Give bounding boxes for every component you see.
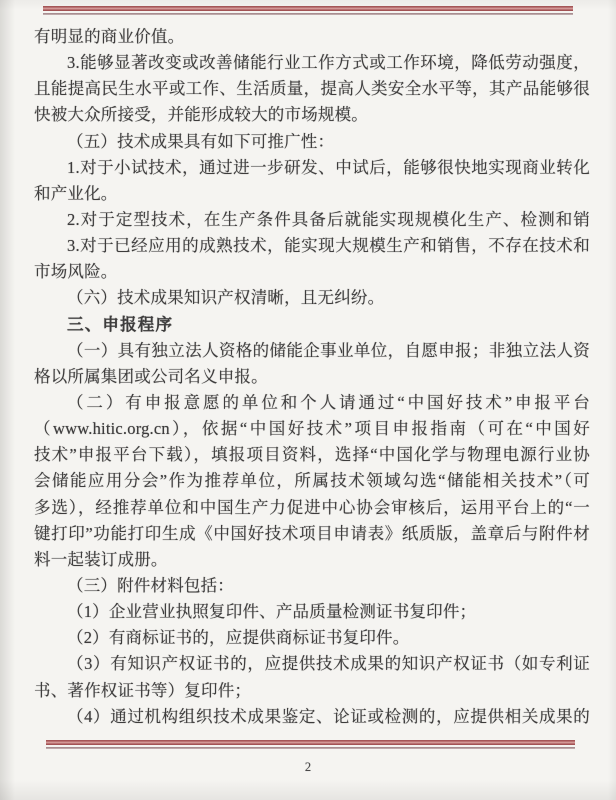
text-line: （三）附件材料包括： (34, 573, 590, 599)
text-line: 且能提高民生水平或工作、生活质量，提高人类安全水平等，其产品能够很 (34, 76, 590, 102)
text-line: 有明显的商业价值。 (34, 24, 590, 50)
header-rule (43, 6, 573, 15)
text-line: 2.对于定型技术，在生产条件具备后就能实现规模化生产、检测和销售。 (34, 207, 590, 233)
footer-rule-thick-line (46, 740, 575, 745)
text-line: 市场风险。 (34, 259, 590, 285)
text-line: 多选），经推荐单位和中国生产力促进中心协会审核后，运用平台上的“一 (34, 495, 590, 521)
text-line: （五）技术成果具有如下可推广性： (34, 129, 590, 155)
text-line: 1.对于小试技术，通过进一步研发、中试后，能够很快地实现商业转化 (34, 155, 590, 181)
text-line: 会储能应用分会”作为推荐单位，所属技术领域勾选“储能相关技术”（可 (34, 468, 590, 494)
text-line: 和产业化。 (34, 181, 590, 207)
text-line: 快被大众所接受，并能形成较大的市场规模。 (34, 102, 590, 128)
text-line: （二）有申报意愿的单位和个人请通过“中国好技术”申报平台 (34, 390, 590, 416)
scanned-document-page: 有明显的商业价值。 3.能够显著改变或改善储能行业工作方式或工作环境，降低劳动强… (0, 0, 616, 800)
header-rule-thick-line (43, 6, 573, 11)
text-line: 料一起装订成册。 (34, 547, 590, 573)
text-line: （一）具有独立法人资格的储能企事业单位，自愿申报；非独立法人资 (34, 338, 590, 364)
footer-rule-thin-line (46, 747, 575, 749)
text-line: 3.能够显著改变或改善储能行业工作方式或工作环境，降低劳动强度， (34, 50, 590, 76)
text-line: （3）有知识产权证书的，应提供技术成果的知识产权证书（如专利证 (34, 651, 590, 677)
text-line: （1）企业营业执照复印件、产品质量检测证书复印件； (34, 599, 590, 625)
text-line: 键打印”功能打印生成《中国好技术项目申请表》纸质版，盖章后与附件材 (34, 521, 590, 547)
header-rule-thin-line (43, 13, 573, 15)
text-line: （www.hitic.org.cn），依据“中国好技术”项目申报指南（可在“中国… (34, 416, 590, 442)
footer-rule (46, 740, 575, 749)
text-line: 3.对于已经应用的成熟技术，能实现大规模生产和销售，不存在技术和 (34, 233, 590, 259)
text-line: 格以所属集团或公司名义申报。 (34, 364, 590, 390)
text-line: （4）通过机构组织技术成果鉴定、论证或检测的，应提供相关成果的 (34, 704, 590, 730)
document-body: 有明显的商业价值。 3.能够显著改变或改善储能行业工作方式或工作环境，降低劳动强… (34, 24, 590, 730)
text-line: 书、著作权证书等）复印件； (34, 678, 590, 704)
section-heading: 三、申报程序 (34, 312, 590, 338)
text-line: （2）有商标证书的，应提供商标证书复印件。 (34, 625, 590, 651)
page-number: 2 (0, 760, 616, 775)
text-line: （六）技术成果知识产权清晰，且无纠纷。 (34, 285, 590, 311)
text-line: 技术”申报平台下载），填报项目资料，选择“中国化学与物理电源行业协 (34, 442, 590, 468)
